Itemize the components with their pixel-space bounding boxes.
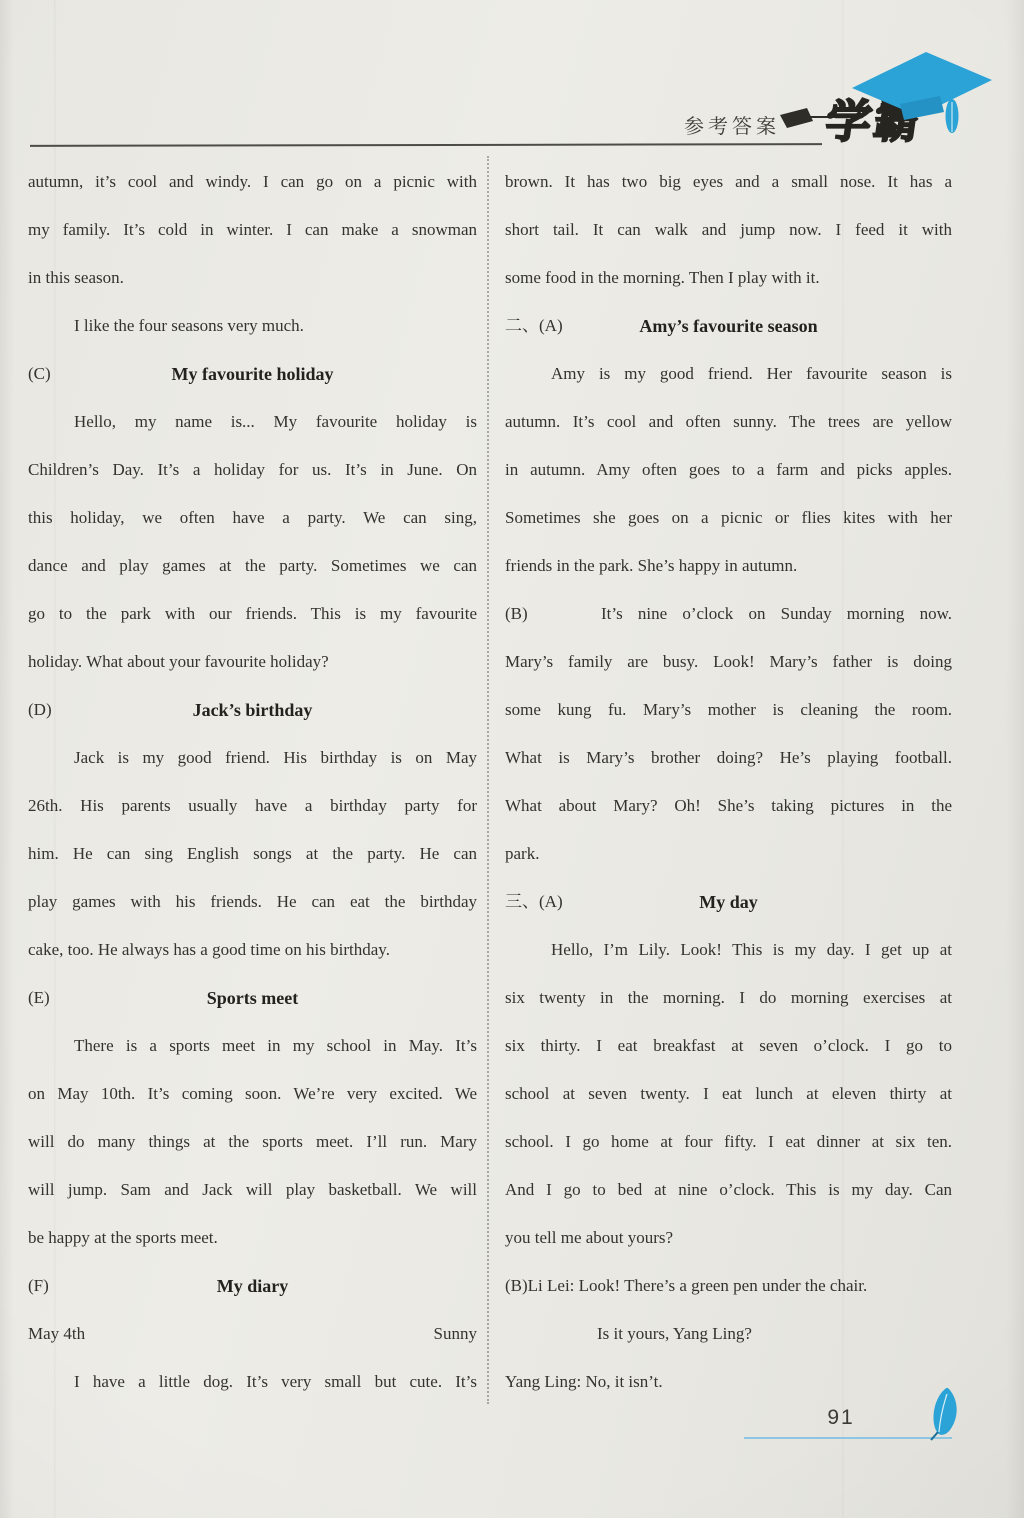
text-line: What is Mary’s brother doing? He’s playi… [505,734,952,782]
column-divider [487,156,489,1404]
heading-label: (C) [28,350,51,398]
line-text: It’s nine o’clock on Sunday morning now. [601,590,952,638]
text-line: in autumn. Amy often goes to a farm and … [505,446,952,494]
text-line: Mary’s family are busy. Look! Mary’s fat… [505,638,952,686]
diary-meta-line: May 4thSunny [28,1310,477,1358]
passage-title: My day [699,892,758,912]
text-line: will do many things at the sports meet. … [28,1118,477,1166]
text-line: Children’s Day. It’s a holiday for us. I… [28,446,477,494]
text-line: autumn. It’s cool and often sunny. The t… [505,398,952,446]
diary-weather: Sunny [434,1310,477,1358]
text-line: some food in the morning. Then I play wi… [505,254,952,302]
text-line: Is it yours, Yang Ling? [505,1310,952,1358]
text-line: be happy at the sports meet. [28,1214,477,1262]
heading-label: (F) [28,1262,49,1310]
text-line: holiday. What about your favourite holid… [28,638,477,686]
passage-heading: (D)Jack’s birthday [28,686,477,734]
text-line: go to the park with our friends. This is… [28,590,477,638]
right-column: brown. It has two big eyes and a small n… [505,158,952,1406]
text-line: on May 10th. It’s coming soon. We’re ver… [28,1070,477,1118]
text-line: six twenty in the morning. I do morning … [505,974,952,1022]
text-line: Sometimes she goes on a picnic or flies … [505,494,952,542]
passage-title: Sports meet [207,988,298,1008]
text-line: this holiday, we often have a party. We … [28,494,477,542]
text-line: Amy is my good friend. Her favourite sea… [505,350,952,398]
passage-title: Jack’s birthday [193,700,313,720]
passage-title: My diary [217,1276,289,1296]
text-line: my family. It’s cold in winter. I can ma… [28,206,477,254]
text-line: Hello, my name is... My favourite holida… [28,398,477,446]
text-line: There is a sports meet in my school in M… [28,1022,477,1070]
diary-date: May 4th [28,1310,85,1358]
text-line: 26th. His parents usually have a birthda… [28,782,477,830]
text-line: Yang Ling: No, it isn’t. [505,1358,952,1406]
heading-label: 三、(A) [505,878,563,926]
text-line: brown. It has two big eyes and a small n… [505,158,952,206]
passage-heading: 三、(A)My day [505,878,952,926]
text-line: him. He can sing English songs at the pa… [28,830,477,878]
passage-title: My favourite holiday [172,364,334,384]
text-line: park. [505,830,952,878]
heading-label: (E) [28,974,50,1022]
text-line: you tell me about yours? [505,1214,952,1262]
text-line: short tail. It can walk and jump now. I … [505,206,952,254]
text-line: will jump. Sam and Jack will play basket… [28,1166,477,1214]
brand-dash-icon [780,108,814,130]
text-line: autumn, it’s cool and windy. I can go on… [28,158,477,206]
passage-heading: (F)My diary [28,1262,477,1310]
heading-label: 二、(A) [505,302,563,350]
text-line: And I go to bed at nine o’clock. This is… [505,1166,952,1214]
text-line: school at seven twenty. I eat lunch at e… [505,1070,952,1118]
text-line: I like the four seasons very much. [28,302,477,350]
passage-heading: (C)My favourite holiday [28,350,477,398]
header-rule [30,143,822,147]
text-line: cake, too. He always has a good time on … [28,926,477,974]
heading-label: (D) [28,686,52,734]
text-line: (B)Li Lei: Look! There’s a green pen und… [505,1262,952,1310]
text-line: friends in the park. She’s happy in autu… [505,542,952,590]
text-line: dance and play games at the party. Somet… [28,542,477,590]
workbook-answer-page: 参考答案 学霸 autumn, it’s cool and windy. I c… [0,0,1024,1518]
passage-heading: 二、(A)Amy’s favourite season [505,302,952,350]
passage-heading: (E)Sports meet [28,974,477,1022]
graduation-cap-icon [840,40,1000,148]
item-label: (B) [505,590,601,638]
text-line: school. I go home at four fifty. I eat d… [505,1118,952,1166]
text-line: some kung fu. Mary’s mother is cleaning … [505,686,952,734]
feather-icon [916,1386,962,1442]
text-line: in this season. [28,254,477,302]
text-line: Hello, I’m Lily. Look! This is my day. I… [505,926,952,974]
text-line: What about Mary? Oh! She’s taking pictur… [505,782,952,830]
passage-title: Amy’s favourite season [639,316,817,336]
text-line: play games with his friends. He can eat … [28,878,477,926]
page-number: 91 [806,1406,876,1430]
text-line: Jack is my good friend. His birthday is … [28,734,477,782]
text-line: six thirty. I eat breakfast at seven o’c… [505,1022,952,1070]
left-column: autumn, it’s cool and windy. I can go on… [28,158,477,1406]
text-line: (B)It’s nine o’clock on Sunday morning n… [505,590,952,638]
text-line: I have a little dog. It’s very small but… [28,1358,477,1406]
